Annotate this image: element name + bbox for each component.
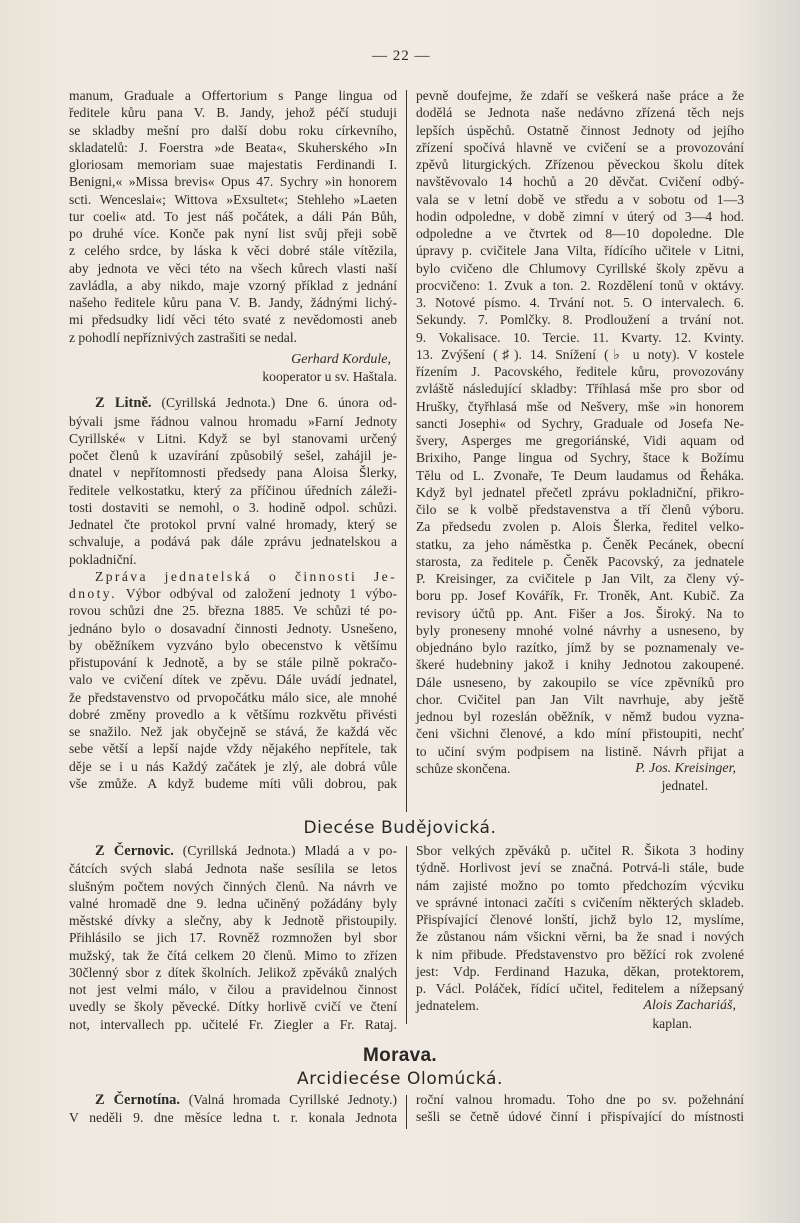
text-line: procvičeno: 1. Zvuk a ton. 2. Rozdělení … [416, 277, 744, 294]
signature-title: kaplan. [416, 1015, 744, 1032]
page-number: — 22 — [372, 48, 431, 65]
text-line: aby jednota ve věci této na všech kůrech… [69, 260, 397, 277]
text-line: děje se i u nás Každý začátek je zlý, al… [69, 758, 397, 775]
text-line: bylo cvičeno dle Chlumovy Cyrillské škol… [416, 260, 744, 277]
text-line: městské dívky a slečny, aby k Jednotě př… [69, 912, 397, 929]
text-line: statku, za jeho náměstka p. Čeněk Pecáne… [416, 536, 744, 553]
text-line: že zůstanou nám všickni věrni, ba že sna… [416, 928, 744, 945]
text-line: sebe větší a lepší najde vždy nějakého n… [69, 740, 397, 757]
place-name: Z Litně. [95, 395, 152, 411]
report-lead-line: Z Černotína. (Valná hromada Cyrillské Je… [69, 1091, 397, 1109]
text-line: skladatelů: J. Foerstra »de Beata«, Skuh… [69, 139, 397, 156]
text-line: Jednatel čte protokol první valné hromad… [69, 516, 397, 533]
text-line: bývali jsme řádnou valnou hromadu »Farní… [69, 413, 397, 430]
text-line: 9. Vokalisace. 10. Tercie. 11. Kvarty. 1… [416, 329, 744, 346]
text-line: vše zmůže. A když budeme míti vůli dobro… [69, 775, 397, 792]
text-line: Brixiho, Pange lingua od Sychry, štace k… [416, 449, 744, 466]
text-line: Za předsedu zvolen p. Alois Šlerka, ředi… [416, 518, 744, 535]
text-line: by oběžníkem vyzváno bylo obecenstvo k v… [69, 637, 397, 654]
text-line: not, intervallech pp. učitelé Fr. Ziegle… [69, 1016, 397, 1033]
document-page: — 22 — manum, Graduale a Offertorium s P… [0, 0, 800, 1223]
closing-row: jednatelem.Alois Zachariáš, [416, 997, 744, 1014]
right-column-top: pevně doufejme, že zdaří se veškerá naše… [416, 87, 744, 794]
text-line: úpravy p. cvičitele Jana Vilta, řídícího… [416, 242, 744, 259]
text-line: mi předsudky lidí věci této svaté z nevě… [69, 311, 397, 328]
text-line: Sekundy. 7. Pomlčky. 8. Prodloužení a tr… [416, 311, 744, 328]
diocese-heading-olomoucka: Arcidiecése Olomúcká. [0, 1069, 800, 1089]
text-line: tosti dostaviti se nemohl, o 3. hodině o… [69, 499, 397, 516]
text-line: řízením J. Pacovského, ředitele kůru, pr… [416, 363, 744, 380]
text-line: z celého srdce, by láska k věci dobré st… [69, 242, 397, 259]
signature-name: Gerhard Kordule, [69, 351, 397, 368]
text-line: 30členný sbor z dítek školních. Jelikož … [69, 964, 397, 981]
text-line: sancti Josephi« od Sychry, Graduale od J… [416, 415, 744, 432]
text-line: nám zajisté možno po tomto předchozím vý… [416, 877, 744, 894]
text-line: čilo se k volbě představenstva a tří čle… [416, 501, 744, 518]
report-heading: Zpráva jednatelská o činnosti Je- [69, 568, 397, 585]
text-line: 13. Zvýšení (♯). 14. Snížení (♭ u noty).… [416, 346, 744, 363]
text-line: vala se v letní době ve středu a v sobot… [416, 191, 744, 208]
text-line: hodin odpoledne, v době zimní v úterý od… [416, 208, 744, 225]
text-line: 3. Notové písmo. 4. Trvání not. 5. O int… [416, 294, 744, 311]
text-line: Tělu od L. Zvonaře, Te Deum laudamus od … [416, 467, 744, 484]
signature-name: P. Jos. Kreisinger, [635, 760, 736, 777]
text-line: valné hromadě dne 9. ledna učiněný požád… [69, 895, 397, 912]
text-line: not jest velmi málo, v čilou a pravideln… [69, 981, 397, 998]
text-line: ředitele velkostatku, který za příčinou … [69, 482, 397, 499]
lead-text: (Cyrillská Jednota.) Dne 6. února od- [161, 395, 397, 410]
text-line: V neděli 9. dne měsíce ledna t. r. konal… [69, 1109, 397, 1126]
column-divider-mid [406, 846, 407, 1024]
text-line: přistupování k Jednotě, a by se stále pi… [69, 654, 397, 671]
report-lead-line: Z Litně. (Cyrillská Jednota.) Dne 6. úno… [69, 394, 397, 412]
text-line: mužský, tak že čítá celkem 20 členů. Mim… [69, 947, 397, 964]
text-line: týdně. Horlivost jeví se značná. Potrvá-… [416, 859, 744, 876]
text-line: roční valnou hromadu. Toho dne po sv. po… [416, 1091, 744, 1108]
text-line: odpoledne a ve čtvrtek od 8—10 dopoledne… [416, 225, 744, 242]
text-line: pokladniční. [69, 551, 397, 568]
report-first-line: dnoty. Výbor odbýval od založení jednoty… [69, 585, 397, 602]
right-column-morava: roční valnou hromadu. Toho dne po sv. po… [416, 1091, 744, 1126]
right-column-budejovice: Sbor velkých zpěváků p. učitel R. Šikota… [416, 842, 744, 1032]
text-line: dnatel v nepřítomnosti předsedy pana Alo… [69, 464, 397, 481]
text-line: škeré hudebniny jakož i knihy Jednotou z… [416, 656, 744, 673]
text-line: zvláště následující skladby: Tříhlasá mš… [416, 380, 744, 397]
text-line: zřízení spočívá hlavně ve cvičení se a p… [416, 139, 744, 156]
text-line: zavládla, a aby nikdo, maje vzorný příkl… [69, 277, 397, 294]
closing-row: schůze skončena.P. Jos. Kreisinger, [416, 760, 744, 777]
text-line: byly proneseny mnohé volné návrhy a usne… [416, 622, 744, 639]
text-line: valo ve cvičení dítek ve zpěvu. Dále uvá… [69, 671, 397, 688]
signature-title: jednatel. [416, 777, 744, 794]
text-line: dodělá se Jednota naše nedávno zřízená t… [416, 104, 744, 121]
region-heading-morava: Morava. [0, 1045, 800, 1067]
left-column-budejovice: Z Černovic. (Cyrillská Jednota.) Mladá a… [69, 842, 397, 1033]
text-line: Přihlásilo se jich 17. Rovněž rozmnožen … [69, 929, 397, 946]
text-line: pevně doufejme, že zdaří se veškerá naše… [416, 87, 744, 104]
text-line: slušným počtem nových činných členů. Na … [69, 878, 397, 895]
text-line: Hrušky, čtyřhlasá mše od Nešvery, mše »i… [416, 398, 744, 415]
text-line: jednáno bylo o dosavadní činnosti Jednot… [69, 620, 397, 637]
text-line: objednáno bylo razítko, jímž by se pozna… [416, 639, 744, 656]
column-divider-top [406, 90, 407, 812]
text-line: Když byl jednatel přečetl zprávu pokladn… [416, 484, 744, 501]
text-line: tur coeli« atd. To jest náš počátek, a d… [69, 208, 397, 225]
text-line: zpěvů liturgických. Zřízenou pěveckou šk… [416, 156, 744, 173]
left-column-top: manum, Graduale a Offertorium s Pange li… [69, 87, 397, 792]
signature-name: Alois Zachariáš, [643, 997, 736, 1014]
text-line: se snažilo. Než jak obyčejně se stává, ž… [69, 723, 397, 740]
text-line: Přispívající členové lonští, jichž bylo … [416, 911, 744, 928]
lead-text: (Cyrillská Jednota.) Mladá a v po- [183, 843, 397, 858]
column-divider-bot [406, 1095, 407, 1129]
text-line: jest: Vdp. Ferdinand Hazuka, děkan, prot… [416, 963, 744, 980]
text-line: rovou schůzi dne 25. března 1885. Ve sch… [69, 602, 397, 619]
text-line: boru pp. Josef Kovářík, Fr. Troněk, Ant.… [416, 587, 744, 604]
text-line: Cyrillské« v Litni. Když se byl stanovam… [69, 430, 397, 447]
text-line: počet členů k uzavírání způsobilý sešel,… [69, 447, 397, 464]
text-line: sešli se četně údové činní i přispívajíc… [416, 1108, 744, 1125]
left-column-morava: Z Černotína. (Valná hromada Cyrillské Je… [69, 1091, 397, 1127]
text-line: lepších úspěchů. Ostatně činnost Jednoty… [416, 122, 744, 139]
text-line: po druhé více. Konče pak nyní list svůj … [69, 225, 397, 242]
text-line: že představenstvo od prvopočátku málo si… [69, 689, 397, 706]
text-line: dobré změny provedlo a k většímu rozkvět… [69, 706, 397, 723]
place-name: Z Černotína. [95, 1092, 180, 1108]
text-line: Dále usneseno, by zakoupilo se více zpěv… [416, 674, 744, 691]
text-line: Benigni,« »Missa brevis« Opus 47. Sychry… [69, 173, 397, 190]
text-line: čátcích svých slabá Jednota naše sesílil… [69, 860, 397, 877]
text-line: k nim přibude. Představenstvo pro běžící… [416, 946, 744, 963]
text-line: jednou byl rozeslán oběžník, v němž budo… [416, 708, 744, 725]
text-line: navštěvovalo 14 hochů a 20 děvčat. Cviče… [416, 173, 744, 190]
text-line: Sbor velkých zpěváků p. učitel R. Šikota… [416, 842, 744, 859]
closing-text: schůze skončena. [416, 760, 510, 777]
text-line: čeni všichni členové, a kdo míní přistou… [416, 725, 744, 742]
report-lead-line: Z Černovic. (Cyrillská Jednota.) Mladá a… [69, 842, 397, 860]
report-heading-cont: dnoty. [69, 586, 117, 601]
text-line: švery, Asperges me gregoriánské, Vidi aq… [416, 432, 744, 449]
text-line: to učiní svým podpisem na listině. Návrh… [416, 743, 744, 760]
text-line: se skladby mešní pro další dobu roku cír… [69, 122, 397, 139]
text-line: p. Václ. Poláček, řídící učitel, ředitel… [416, 980, 744, 997]
text-line: ředitele kůru pana V. B. Jandy, jehož pé… [69, 104, 397, 121]
text-line: z pohodlí nepříznivých zastrašiti se ned… [69, 329, 397, 346]
signature-title: kooperator u sv. Haštala. [69, 368, 397, 385]
text-line: chor. Cvičitel pan Jan Vilt navrhuje, ab… [416, 691, 744, 708]
text-line: gloriosam memoriam suae majestatis Ferdi… [69, 156, 397, 173]
text-line: scti. Wenceslai«; Wittova »Exsultet«; St… [69, 191, 397, 208]
text-line: našeho ředitele kůru pana V. B. Jandy, ž… [69, 294, 397, 311]
text-line: manum, Graduale a Offertorium s Pange li… [69, 87, 397, 104]
lead-text: (Valná hromada Cyrillské Jednoty.) [189, 1092, 397, 1107]
diocese-heading-budejovicka: Diecése Budějovická. [0, 818, 800, 838]
closing-text: jednatelem. [416, 997, 479, 1014]
text-line: uvedly se školy pěvecké. Dítky horlivě c… [69, 998, 397, 1015]
text-line: starosta, za ředitele p. Čeněk Pacovský,… [416, 553, 744, 570]
text-line: P. Kreisinger, za cvičitele p Jan Vilt, … [416, 570, 744, 587]
text-line: ve správné intonaci začíti s cvičením ně… [416, 894, 744, 911]
report-first-text: Výbor odbýval od založení jednoty 1 výbo… [126, 586, 397, 601]
text-line: revisory účtů pp. Ant. Fišer a Jos. Širo… [416, 605, 744, 622]
text-line: schvaluje, a podává pak dále zprávu jedn… [69, 533, 397, 550]
place-name: Z Černovic. [95, 843, 174, 859]
